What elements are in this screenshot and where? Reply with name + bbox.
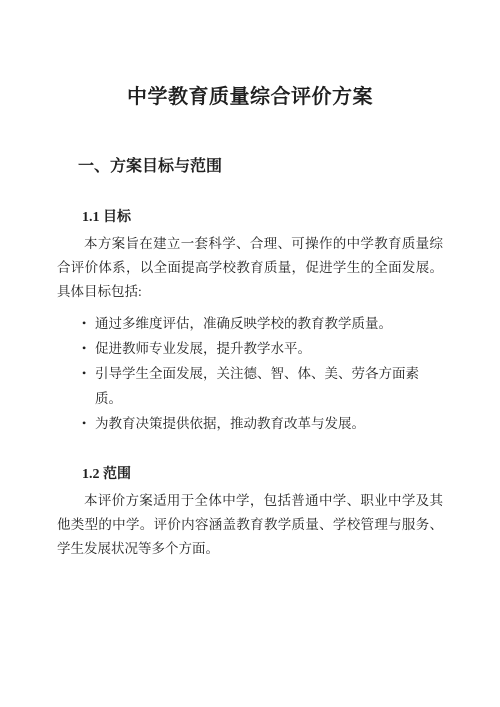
bullet-item: • 为教育决策提供依据，推动教育改革与发展。 [57,411,443,436]
paragraph-scope: 本评价方案适用于全体中学，包括普通中学、职业中学及其他类型的中学。评价内容涵盖教… [57,489,443,561]
paragraph-goals: 本方案旨在建立一套科学、合理、可操作的中学教育质量综合评价体系，以全面提高学校教… [57,232,443,304]
bullet-item: • 促进教师专业发展，提升教学水平。 [57,336,443,361]
bullet-item-text: 引导学生全面发展，关注德、智、体、美、劳各方面素质。 [95,366,419,406]
bullet-item: • 通过多维度评估，准确反映学校的教育教学质量。 [57,311,443,336]
bullet-item-text: 促进教师专业发展，提升教学水平。 [95,341,311,356]
document-title: 中学教育质量综合评价方案 [57,84,443,110]
subsection-heading-1-1: 1.1 目标 [57,209,443,227]
bullet-dot-icon: • [82,336,86,361]
bullet-dot-icon: • [82,361,86,386]
bullet-item: • 引导学生全面发展，关注德、智、体、美、劳各方面素质。 [57,361,443,411]
bullet-item-text: 通过多维度评估，准确反映学校的教育教学质量。 [95,316,392,331]
document-page: 中学教育质量综合评价方案 一、方案目标与范围 1.1 目标 本方案旨在建立一套科… [0,0,500,707]
bullet-dot-icon: • [82,311,86,336]
bullet-item-text: 为教育决策提供依据，推动教育改革与发展。 [95,416,365,431]
subsection-heading-1-2: 1.2 范围 [57,466,443,484]
section-heading-1: 一、方案目标与范围 [57,157,443,177]
goals-bullet-list: • 通过多维度评估，准确反映学校的教育教学质量。 • 促进教师专业发展，提升教学… [57,311,443,436]
bullet-dot-icon: • [82,411,86,436]
